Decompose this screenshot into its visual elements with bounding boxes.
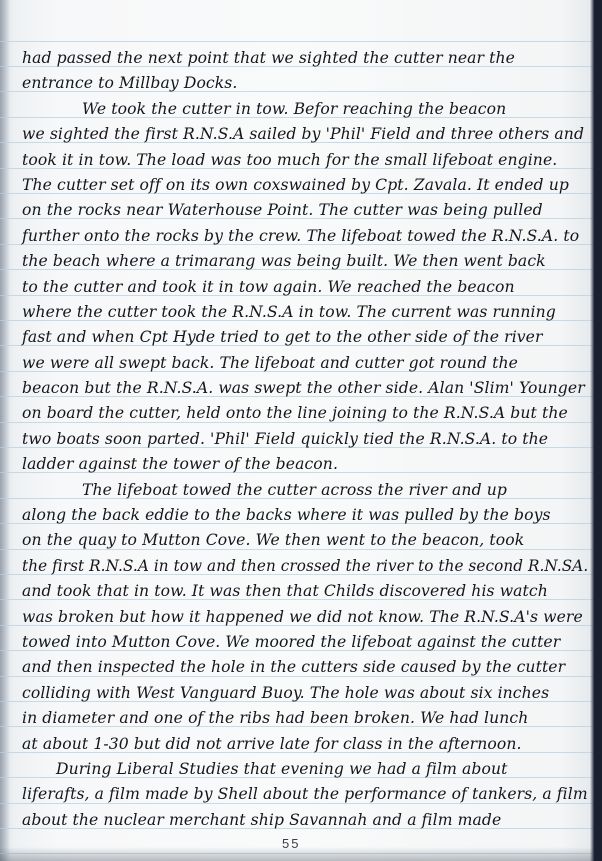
text-line: further onto the rocks by the crew. The … [22,224,588,249]
page-bottom-shadow [0,847,594,861]
text-line: We took the cutter in tow. Befor reachin… [22,97,588,122]
text-line: towed into Mutton Cove. We moored the li… [22,630,588,655]
text-line: at about 1-30 but did not arrive late fo… [22,732,588,757]
text-line: along the back eddie to the backs where … [22,503,588,528]
handwritten-text: had passed the next point that we sighte… [22,46,588,833]
text-line: we sighted the first R.N.S.A sailed by '… [22,122,588,147]
text-line: on the quay to Mutton Cove. We then went… [22,528,588,553]
text-line: we were all swept back. The lifeboat and… [22,351,588,376]
notebook-page: had passed the next point that we sighte… [0,0,594,861]
text-line: on the rocks near Waterhouse Point. The … [22,198,588,223]
text-line: the beach where a trimarang was being bu… [22,249,588,274]
text-line: ladder against the tower of the beacon. [22,452,588,477]
text-line: in diameter and one of the ribs had been… [22,706,588,731]
text-line: fast and when Cpt Hyde tried to get to t… [22,325,588,350]
text-line: the first R.N.S.A in tow and then crosse… [22,554,573,579]
text-line: beacon but the R.N.S.A. was swept the ot… [22,376,588,401]
rule-line [0,41,594,42]
text-line: two boats soon parted. 'Phil' Field quic… [22,427,588,452]
text-line: The cutter set off on its own coxswained… [22,173,588,198]
text-line: colliding with West Vanguard Buoy. The h… [22,681,588,706]
text-line: and took that in tow. It was then that C… [22,579,588,604]
text-line: on board the cutter, held onto the line … [22,401,588,426]
text-line: The lifeboat towed the cutter across the… [22,478,588,503]
text-line: to the cutter and took it in tow again. … [22,275,588,300]
text-line: was broken but how it happened we did no… [22,605,588,630]
text-line: where the cutter took the R.N.S.A in tow… [22,300,588,325]
text-line: about the nuclear merchant ship Savannah… [22,808,588,833]
text-line: liferafts, a film made by Shell about th… [22,782,587,807]
page-edge-background [594,0,602,861]
text-line: had passed the next point that we sighte… [22,46,588,71]
text-line: took it in tow. The load was too much fo… [22,148,588,173]
text-line: During Liberal Studies that evening we h… [22,757,588,782]
text-line: and then inspected the hole in the cutte… [22,655,588,680]
text-line: entrance to Millbay Docks. [22,71,588,96]
